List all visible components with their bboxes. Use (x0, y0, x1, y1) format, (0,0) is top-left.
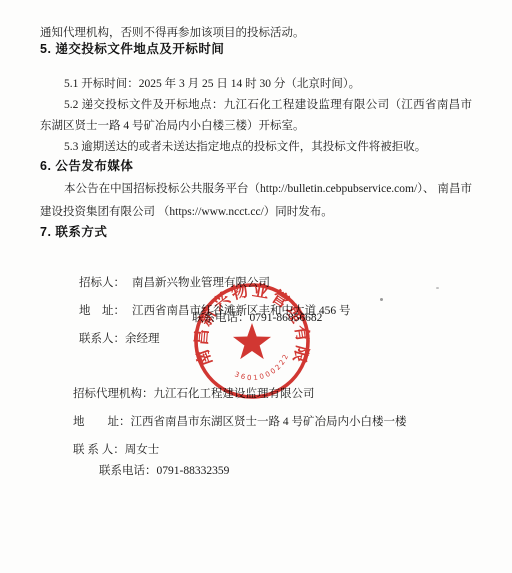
late-submission-item: 5.3 逾期送达的或者未送达指定地点的投标文件，其投标文件将被拒收。 (40, 137, 472, 158)
section7-heading: 7. 联系方式 (40, 224, 472, 241)
tenderer-contact-person: 余经理 (125, 333, 160, 345)
opening-time-item: 5.1 开标时间：2025 年 3 月 25 日 14 时 30 分（北京时间）… (40, 74, 472, 95)
tenderer-phone: 0791-86856682 (250, 312, 323, 324)
agent-contact-label: 联 系 人： (73, 444, 125, 456)
document-content: 通知代理机构，否则不得再参加该项目的投标活动。 5. 递交投标文件地点及开标时间… (40, 0, 472, 447)
agent-name-row: 招标代理机构：九江石化工程建设监理有限公司 (50, 363, 464, 391)
agent-contact-person: 周女士 (125, 444, 160, 456)
tenderer-name-row: 招标人：南昌新兴物业管理有限公司 (56, 252, 470, 280)
agent-contact-block: 招标代理机构：九江石化工程建设监理有限公司 地 址：江西省南昌市东湖区贤士一路 … (50, 363, 464, 447)
section6-heading: 6. 公告发布媒体 (40, 158, 472, 175)
announcement-media-paragraph: 本公告在中国招标投标公共服务平台（http://bulletin.cebpubs… (40, 178, 472, 224)
agent-phone-label: 联系电话： (99, 465, 157, 477)
agent-contact-row: 联 系 人：周女士 联系电话：0791-88332359 (50, 419, 464, 447)
agent-phone-group: 联系电话：0791-88332359 (99, 465, 229, 477)
submission-place-item: 5.2 递交投标文件及开标地点：九江石化工程建设监理有限公司（江西省南昌市东湖区… (40, 95, 472, 137)
tenderer-phone-label: 联系电话： (192, 312, 250, 324)
tenderer-phone-group: 联系电话：0791-86856682 (192, 308, 322, 329)
agent-phone: 0791-88332359 (157, 465, 230, 477)
intro-paragraph: 通知代理机构，否则不得再参加该项目的投标活动。 (40, 25, 472, 41)
section5-body: 5.1 开标时间：2025 年 3 月 25 日 14 时 30 分（北京时间）… (40, 74, 472, 158)
scan-speck (436, 287, 439, 289)
document-page: 通知代理机构，否则不得再参加该项目的投标活动。 5. 递交投标文件地点及开标时间… (0, 0, 512, 573)
agent-address-row: 地 址：江西省南昌市东湖区贤士一路 4 号矿冶局内小白楼一楼 (50, 391, 464, 419)
tenderer-contact-block: 招标人：南昌新兴物业管理有限公司 地 址：江西省南昌市红谷滩新区丰和中大道 45… (56, 252, 470, 336)
section5-heading: 5. 递交投标文件地点及开标时间 (40, 41, 472, 58)
tenderer-address-row: 地 址：江西省南昌市红谷滩新区丰和中大道 456 号 (56, 280, 470, 308)
tenderer-contact-label: 联系人： (79, 333, 125, 345)
scan-speck (380, 298, 383, 301)
tenderer-contact-row: 联系人：余经理 联系电话：0791-86856682 (56, 308, 470, 336)
